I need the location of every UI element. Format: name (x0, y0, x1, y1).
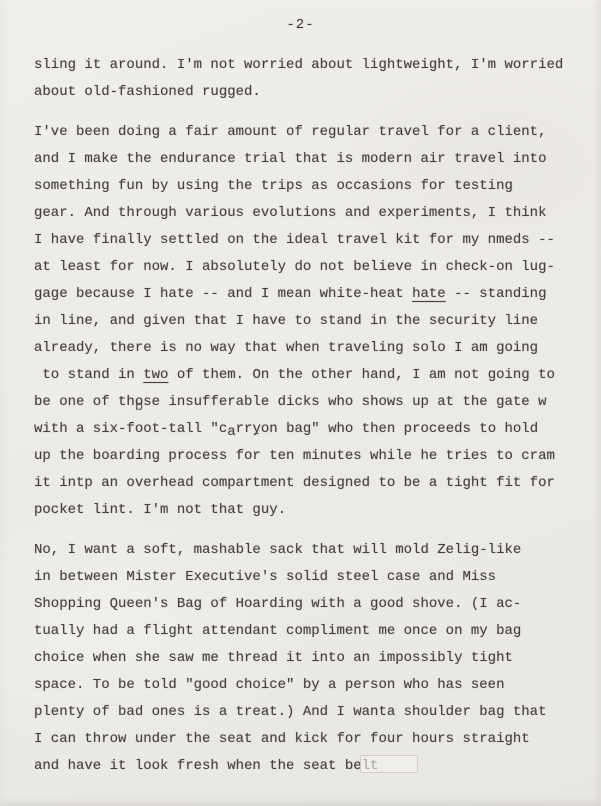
text-line: already, there is no way that when trave… (34, 335, 579, 362)
text-line: pocket lint. I'm not that guy. (34, 497, 579, 524)
paragraph: sling it around. I'm not worried about l… (34, 52, 579, 106)
text-line: to stand in two of them. On the other ha… (34, 362, 579, 389)
text-line: and I make the endurance trial that is m… (34, 146, 579, 173)
text-line: I can throw under the seat and kick for … (34, 726, 579, 753)
text-line: I have finally settled on the ideal trav… (34, 227, 579, 254)
paragraph: No, I want a soft, mashable sack that wi… (34, 537, 579, 780)
text-line: choice when she saw me thread it into an… (34, 645, 579, 672)
text-line: gear. And through various evolutions and… (34, 200, 579, 227)
text-line: sling it around. I'm not worried about l… (34, 52, 579, 79)
text-line: up the boarding process for ten minutes … (34, 443, 579, 470)
text-line: gage because I hate -- and I mean white-… (34, 281, 579, 308)
text-line: space. To be told "good choice" by a per… (34, 672, 579, 699)
page-number: -2- (0, 12, 601, 39)
text-line: it intp an overhead compartment designed… (34, 470, 579, 497)
text-line: No, I want a soft, mashable sack that wi… (34, 537, 579, 564)
text-line: and have it look fresh when the seat bel… (34, 753, 579, 780)
text-line: in line, and given that I have to stand … (34, 308, 579, 335)
text-line: I've been doing a fair amount of regular… (34, 119, 579, 146)
document-page: -2- sling it around. I'm not worried abo… (0, 0, 601, 806)
typewritten-text: sling it around. I'm not worried about l… (34, 52, 579, 780)
text-line: be one of thobse insufferable dicks who … (34, 389, 579, 416)
text-line: about old-fashioned rugged. (34, 79, 579, 106)
text-line: tually had a flight attendant compliment… (34, 618, 579, 645)
text-line: something fun by using the trips as occa… (34, 173, 579, 200)
correction-tape-mark (360, 755, 418, 773)
text-line: plenty of bad ones is a treat.) And I wa… (34, 699, 579, 726)
text-line: at least for now. I absolutely do not be… (34, 254, 579, 281)
text-line: in between Mister Executive's solid stee… (34, 564, 579, 591)
paragraph: I've been doing a fair amount of regular… (34, 119, 579, 524)
text-line: Shopping Queen's Bag of Hoarding with a … (34, 591, 579, 618)
text-line: with a six-foot-tall "carry-on bag" who … (34, 416, 579, 443)
